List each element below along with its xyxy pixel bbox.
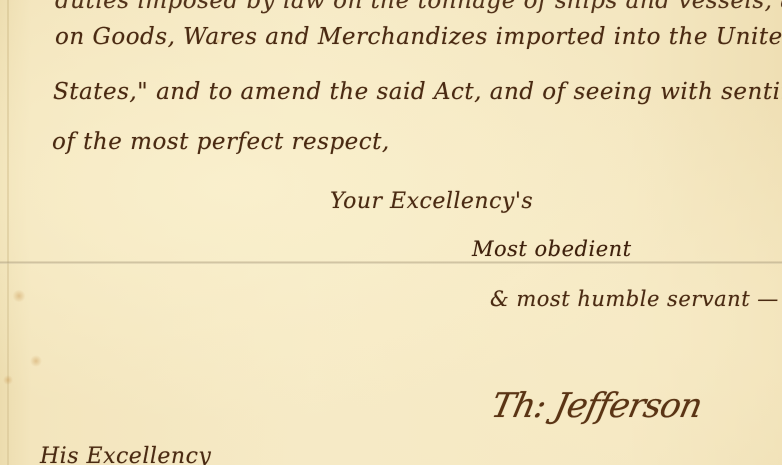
closing-salutation: Most obedient: [472, 237, 632, 261]
letter-body-line-partial: duties imposed by law on the tonnage of …: [55, 0, 782, 14]
closing-salutation: Your Excellency's: [330, 189, 533, 214]
foxing-spot: [3, 375, 13, 385]
paper-fold-crease: [0, 261, 782, 264]
foxing-spot: [30, 355, 42, 367]
signature: Th: Jefferson: [488, 386, 705, 426]
letter-page: duties imposed by law on the tonnage of …: [0, 0, 782, 465]
paper-edge-line: [7, 0, 9, 465]
foxing-spot: [12, 290, 26, 302]
addressee-partial: His Excellency: [40, 444, 211, 465]
letter-body-line: of the most perfect respect,: [52, 129, 390, 155]
closing-salutation: & most humble servant —: [490, 287, 779, 311]
letter-body-line: States," and to amend the said Act, and …: [53, 79, 782, 105]
letter-body-line: on Goods, Wares and Merchandizes importe…: [55, 24, 782, 50]
